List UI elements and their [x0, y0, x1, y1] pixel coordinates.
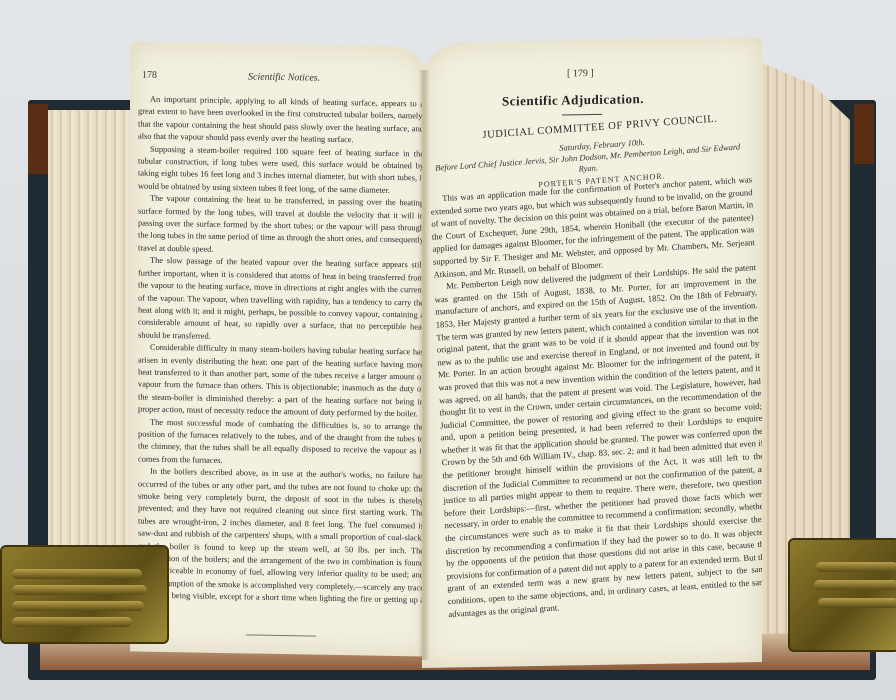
finger-shape [818, 598, 896, 608]
title-rule [562, 114, 602, 116]
paragraph: Supposing a steam-boiler required 100 sq… [138, 143, 424, 198]
finger-shape [814, 580, 896, 590]
finger-shape [12, 585, 147, 595]
right-page-body: This was an application made for the con… [430, 173, 762, 620]
section-title: Scientific Adjudication. [502, 91, 644, 109]
page-number: [ 179 ] [567, 68, 594, 79]
running-head: Scientific Notices. [248, 71, 320, 83]
brass-hand-page-holder-right [788, 538, 896, 652]
finger-shape [12, 601, 144, 611]
paragraph: The most successful mode of combating th… [138, 416, 424, 471]
right-page: [ 179 ] Scientific Adjudication. JUDICIA… [422, 37, 762, 668]
finger-shape [12, 569, 142, 579]
paragraph: Considerable difficulty in many steam-bo… [138, 342, 424, 421]
left-page-body: An important principle, applying to all … [138, 94, 424, 639]
cover-worn-edge-right [854, 104, 874, 164]
paragraph: The slow passage of the heated vapour ov… [138, 255, 424, 347]
paragraph: Mr. Pemberton Leigh now delivered the ju… [434, 261, 762, 620]
cover-worn-edge-left [28, 104, 48, 174]
brass-hand-page-holder-left [0, 545, 169, 644]
finger-shape [816, 562, 896, 572]
page-number: 178 [142, 70, 157, 81]
left-page: 178 Scientific Notices. An important pri… [130, 41, 430, 656]
finger-shape [12, 617, 132, 627]
book-gutter [418, 70, 430, 660]
end-rule [246, 634, 316, 636]
paragraph: In the boilers described above, as in us… [138, 466, 424, 620]
paragraph: An important principle, applying to all … [138, 94, 424, 149]
paragraph: The vapour containing the heat to be tra… [138, 193, 424, 260]
